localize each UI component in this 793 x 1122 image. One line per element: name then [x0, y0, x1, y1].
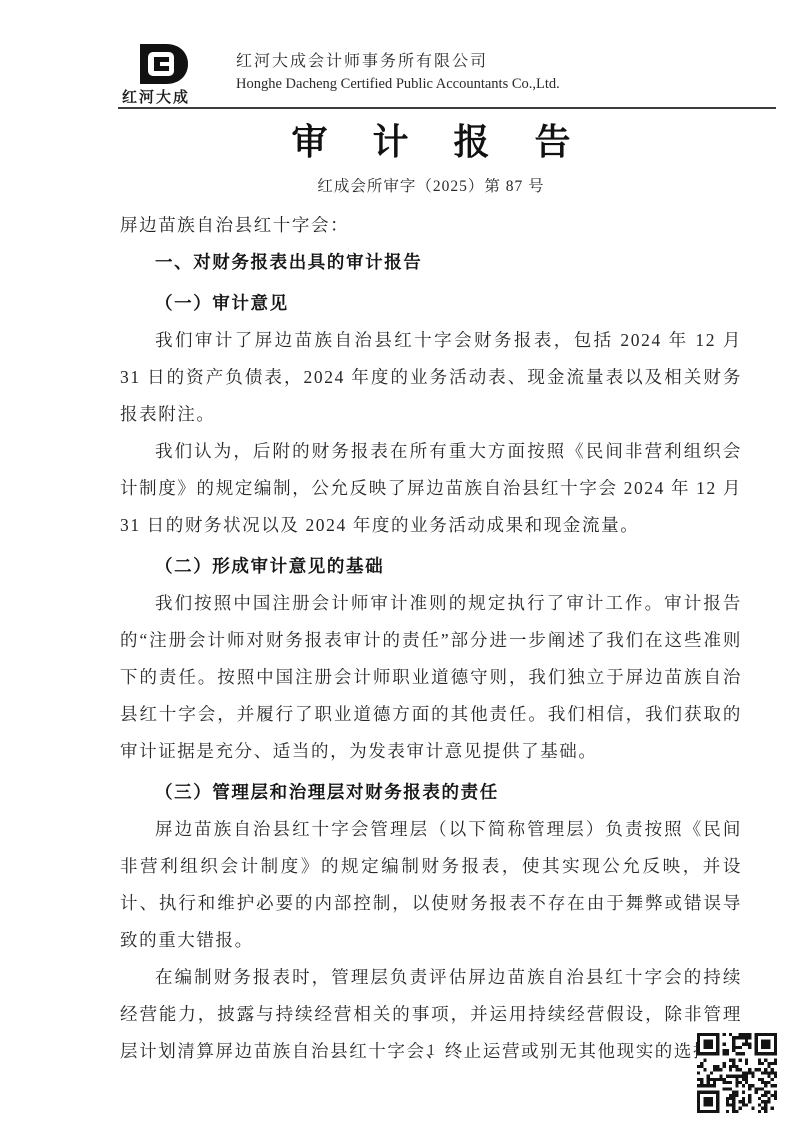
section-heading-financial-report: 一、对财务报表出具的审计报告 — [120, 244, 742, 281]
subsection-heading-basis-for-opinion: （二）形成审计意见的基础 — [120, 548, 742, 585]
letterhead-divider — [118, 107, 776, 109]
paragraph-opinion-statement: 我们认为，后附的财务报表在所有重大方面按照《民间非营利组织会计制度》的规定编制，… — [120, 433, 742, 544]
paragraph-management-responsibility: 屏边苗族自治县红十字会管理层（以下简称管理层）负责按照《民间非营利组织会计制度》… — [120, 811, 742, 959]
document-page: 红河大成 红河大成会计师事务所有限公司 Honghe Dacheng Certi… — [0, 0, 793, 1122]
addressee-line: 屏边苗族自治县红十字会： — [120, 210, 742, 240]
firm-logo: 红河大成 — [122, 44, 222, 107]
paragraph-basis-for-opinion: 我们按照中国注册会计师审计准则的规定执行了审计工作。审计报告的“注册会计师对财务… — [120, 585, 742, 770]
logo-caption: 红河大成 — [122, 86, 222, 107]
firm-names: 红河大成会计师事务所有限公司 Honghe Dacheng Certified … — [236, 48, 560, 93]
report-body: 审 计 报 告 红成会所审字（2025）第 87 号 屏边苗族自治县红十字会： … — [120, 112, 742, 1070]
paragraph-audit-scope: 我们审计了屏边苗族自治县红十字会财务报表，包括 2024 年 12 月 31 日… — [120, 322, 742, 433]
dc-monogram-icon — [136, 44, 192, 84]
subsection-heading-management-responsibility: （三）管理层和治理层对财务报表的责任 — [120, 774, 742, 811]
doc-number: 红成会所审字（2025）第 87 号 — [120, 174, 742, 196]
subsection-heading-audit-opinion: （一）审计意见 — [120, 285, 742, 322]
qr-code — [697, 1033, 777, 1113]
page-number: 1 — [120, 1042, 742, 1060]
company-name-en: Honghe Dacheng Certified Public Accounta… — [236, 76, 560, 93]
letterhead: 红河大成 红河大成会计师事务所有限公司 Honghe Dacheng Certi… — [118, 44, 776, 108]
company-name-cn: 红河大成会计师事务所有限公司 — [236, 48, 560, 71]
report-title: 审 计 报 告 — [120, 114, 742, 165]
qr-code-icon — [697, 1033, 777, 1113]
